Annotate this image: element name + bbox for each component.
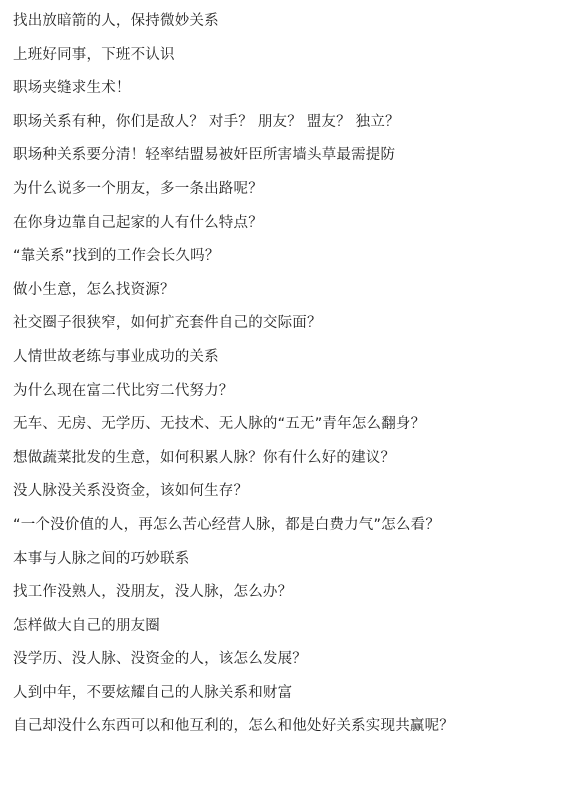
list-item[interactable]: 本事与人脉之间的巧妙联系 [13, 547, 570, 581]
list-item[interactable]: 想做蔬菜批发的生意，如何积累人脉？你有什么好的建议？ [13, 446, 570, 480]
list-item[interactable]: 职场关系有种，你们是敌人？ 对手？ 朋友？ 盟友？ 独立？ [13, 110, 570, 144]
list-item[interactable]: 怎样做大自己的朋友圈 [13, 614, 570, 648]
article-title-list: 找出放暗箭的人，保持微妙关系 上班好同事，下班不认识 职场夹缝求生术！ 职场关系… [13, 9, 570, 748]
list-item[interactable]: 无车、无房、无学历、无技术、无人脉的“五无”青年怎么翻身？ [13, 412, 570, 446]
list-item[interactable]: 找出放暗箭的人，保持微妙关系 [13, 9, 570, 43]
list-item[interactable]: 人情世故老练与事业成功的关系 [13, 345, 570, 379]
list-item[interactable]: 做小生意，怎么找资源？ [13, 278, 570, 312]
list-item[interactable]: 没人脉没关系没资金，该如何生存？ [13, 479, 570, 513]
list-item[interactable]: 社交圈子很狭窄，如何扩充套件自己的交际面？ [13, 311, 570, 345]
list-item[interactable]: 没学历、没人脉、没资金的人，该怎么发展？ [13, 647, 570, 681]
list-item[interactable]: 为什么现在富二代比穷二代努力？ [13, 379, 570, 413]
list-item[interactable]: 上班好同事，下班不认识 [13, 43, 570, 77]
list-item[interactable]: “一个没价值的人，再怎么苦心经营人脉，都是白费力气”怎么看？ [13, 513, 570, 547]
list-item[interactable]: 找工作没熟人，没朋友，没人脉，怎么办？ [13, 580, 570, 614]
list-item[interactable]: 职场夹缝求生术！ [13, 76, 570, 110]
list-item[interactable]: 人到中年，不要炫耀自己的人脉关系和财富 [13, 681, 570, 715]
list-item[interactable]: “靠关系”找到的工作会长久吗？ [13, 244, 570, 278]
list-item[interactable]: 自己却没什么东西可以和他互利的，怎么和他处好关系实现共赢呢？ [13, 714, 570, 748]
list-item[interactable]: 为什么说多一个朋友，多一条出路呢？ [13, 177, 570, 211]
list-item[interactable]: 在你身边靠自己起家的人有什么特点？ [13, 211, 570, 245]
list-item[interactable]: 职场种关系要分清！轻率结盟易被奸臣所害墙头草最需提防 [13, 143, 570, 177]
